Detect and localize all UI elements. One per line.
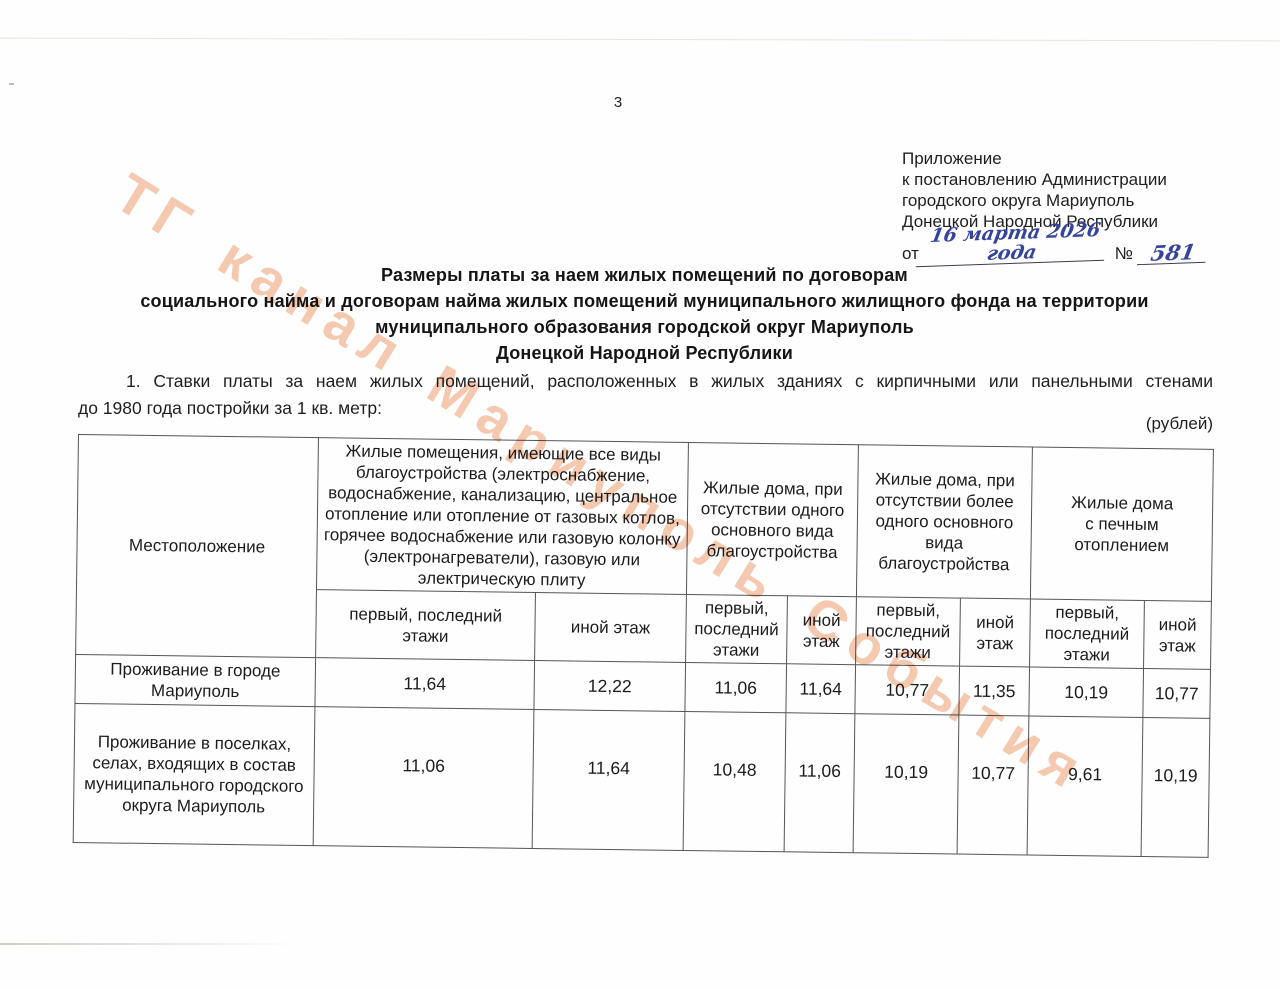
appendix-line: городского округа Мариуполь (902, 190, 1207, 211)
subheader-first-last: первый, последний этажи (686, 594, 788, 663)
rate-value: 10,48 (683, 711, 786, 851)
rate-value: 10,77 (957, 715, 1029, 855)
rate-value: 11,64 (786, 664, 856, 714)
rate-value: 11,06 (685, 662, 787, 712)
column-group-stove-heating-label: Жилые дома с печным отоплением (1066, 492, 1179, 556)
rate-value: 9,61 (1027, 716, 1143, 856)
scan-artifact-dash (9, 83, 14, 85)
table-row-settlements: Проживание в поселках, селах, входящих в… (73, 703, 1210, 857)
subheader-first-last-label: первый, последний этажи (340, 603, 511, 647)
rate-value: 10,77 (855, 665, 960, 715)
column-group-missing-one: Жилые дома, при отсутствии одного основн… (686, 442, 858, 596)
column-group-all-amenities: Жилые помещения, имеющие все виды благоу… (316, 438, 688, 595)
column-group-stove-heating: Жилые дома с печным отоплением (1030, 447, 1213, 601)
header-row-groups: Местоположение Жилые помещения, имеющие … (77, 435, 1214, 602)
subheader-first-last: первый, последний этажи (1030, 599, 1145, 668)
rate-value: 12,22 (534, 660, 686, 711)
rate-value: 10,19 (1141, 717, 1210, 857)
handwritten-date: 16 марта 2026 года (916, 220, 1111, 267)
rate-value: 11,35 (959, 666, 1030, 716)
title-line: Размеры платы за наем жилых помещений по… (52, 262, 1237, 288)
subheader-other: иной этаж (787, 596, 857, 665)
rates-table-wrapper: Местоположение Жилые помещения, имеющие … (73, 434, 1214, 858)
rate-value: 11,64 (315, 658, 535, 710)
subheader-first-last: первый, последний этажи (856, 597, 961, 666)
number-sign: № (1115, 243, 1133, 264)
appendix-line: Приложение (902, 148, 1207, 169)
column-header-location: Местоположение (76, 435, 319, 658)
subheader-first-last: первый, последний этажи (316, 590, 536, 661)
document-title: Размеры платы за наем жилых помещений по… (52, 262, 1237, 366)
appendix-block: Приложение к постановлению Администрации… (902, 148, 1207, 264)
rate-value: 11,64 (532, 709, 685, 850)
row-location: Проживание в поселках, селах, входящих в… (73, 703, 315, 845)
title-line: социального найма и договорам найма жилы… (52, 288, 1237, 314)
scan-artifact-line (0, 943, 300, 945)
title-line: муниципального образования городской окр… (52, 314, 1237, 340)
rate-value: 10,77 (1143, 668, 1211, 718)
rate-value: 10,19 (853, 714, 959, 854)
column-group-missing-more: Жилые дома, при отсутствии более одного … (856, 445, 1032, 599)
appendix-line: к постановлению Администрации (902, 169, 1207, 190)
rates-table: Местоположение Жилые помещения, имеющие … (73, 434, 1214, 858)
row-location: Проживание в городе Мариуполь (75, 654, 316, 706)
units-label: (рублей) (78, 414, 1213, 434)
title-line: Донецкой Народной Республики (52, 340, 1237, 366)
rate-value: 11,06 (313, 707, 534, 849)
appendix-dateline: от 16 марта 2026 года № 581 (902, 236, 1207, 264)
subheader-other: иной этаж (960, 598, 1031, 667)
rate-value: 10,19 (1029, 667, 1144, 717)
intro-paragraph-line: 1. Ставки платы за наем жилых помещений,… (78, 368, 1213, 395)
document-page: ТГ канал Мариуполь События 3 Приложение … (0, 0, 1280, 989)
page-number: 3 (598, 94, 638, 111)
rate-value: 11,06 (784, 713, 855, 853)
subheader-other: иной этаж (535, 593, 687, 663)
subheader-other: иной этаж (1144, 600, 1212, 669)
scan-edge-line (0, 38, 1280, 42)
